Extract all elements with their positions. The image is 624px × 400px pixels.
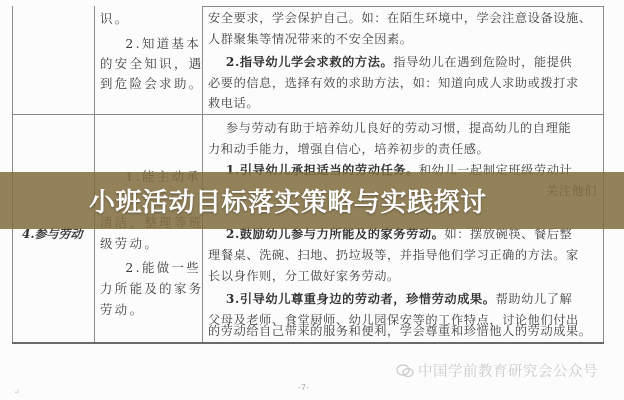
row2-strategy-line: 长以身作则，分工做好家务劳动。 [208, 266, 400, 287]
row2-strategy-line: 的劳动给自己带来的服务和便利，学会尊重和珍惜他人的劳动成果。 [208, 321, 592, 342]
strategy-heading: 3.引导幼儿尊重身边的劳动者，珍惜劳动成果。 [226, 292, 496, 306]
page-number: -7- [298, 383, 309, 392]
row1-strategy2: 2.指导幼儿学会求救的方法。指导幼儿在遇到危险时，能提供 [208, 52, 572, 73]
row1-goal-line: 到危险会求助。 [100, 73, 204, 94]
row1-strategy-line: 人群聚集等情况带来的不安全因素。 [208, 29, 413, 50]
row1-strategy-line: 救电话。 [208, 93, 259, 114]
table-row-divider [12, 114, 604, 115]
row1-goal-line: 识。 [100, 8, 130, 29]
row2-goal-line: 级劳动。 [100, 233, 159, 254]
table-border-top [202, 6, 604, 7]
row2-goal-line: 力所能及的家务 [100, 278, 204, 299]
banner-title: 小班活动目标落实策略与实践探讨 [0, 172, 624, 229]
row1-goal-line: 2.知道基本 [100, 33, 201, 54]
table-border-bottom [12, 342, 604, 344]
row2-goal-line: 劳动。 [100, 299, 144, 320]
row2-strategy-line: 理餐桌、洗碗、扫地、扔垃圾等，并指导他们学习正确的方法。家 [208, 245, 579, 266]
row1-strategy-line: 必要的信息，选择有效的求助方法，如：知道向成人求助或拨打求 [208, 73, 579, 94]
row2-goal-line: 2.能做一些 [100, 257, 201, 278]
row2-intro-line: 参与劳动有助于培养幼儿良好的劳动习惯，提高幼儿的自理能 [208, 118, 571, 139]
paragraph-mark: ↵ [14, 388, 20, 396]
watermark: 中国学前教育研究会公众号 [396, 360, 598, 381]
row1-strategy-line: 安全要求，学会保护自己。如：在陌生环境中，学会注意设备设施、 [208, 8, 592, 29]
row1-goal-line: 的安全知识，遇 [100, 53, 204, 74]
document-page: 识。 2.知道基本 的安全知识，遇 到危险会求助。 安全要求，学会保护自己。如：… [0, 0, 624, 400]
row2-intro-line: 力和动手能力，增强自信心，培养初步的责任感。 [208, 139, 489, 160]
strategy-heading: 2.鼓励幼儿参与力所能及的家务劳动。 [226, 227, 445, 241]
watermark-text: 中国学前教育研究会公众号 [418, 360, 598, 381]
wechat-icon [396, 364, 414, 378]
strategy-heading: 2.指导幼儿学会求救的方法。 [226, 55, 393, 69]
row2-strategy3: 3.引导幼儿尊重身边的劳动者，珍惜劳动成果。帮助幼儿了解 [208, 289, 572, 310]
